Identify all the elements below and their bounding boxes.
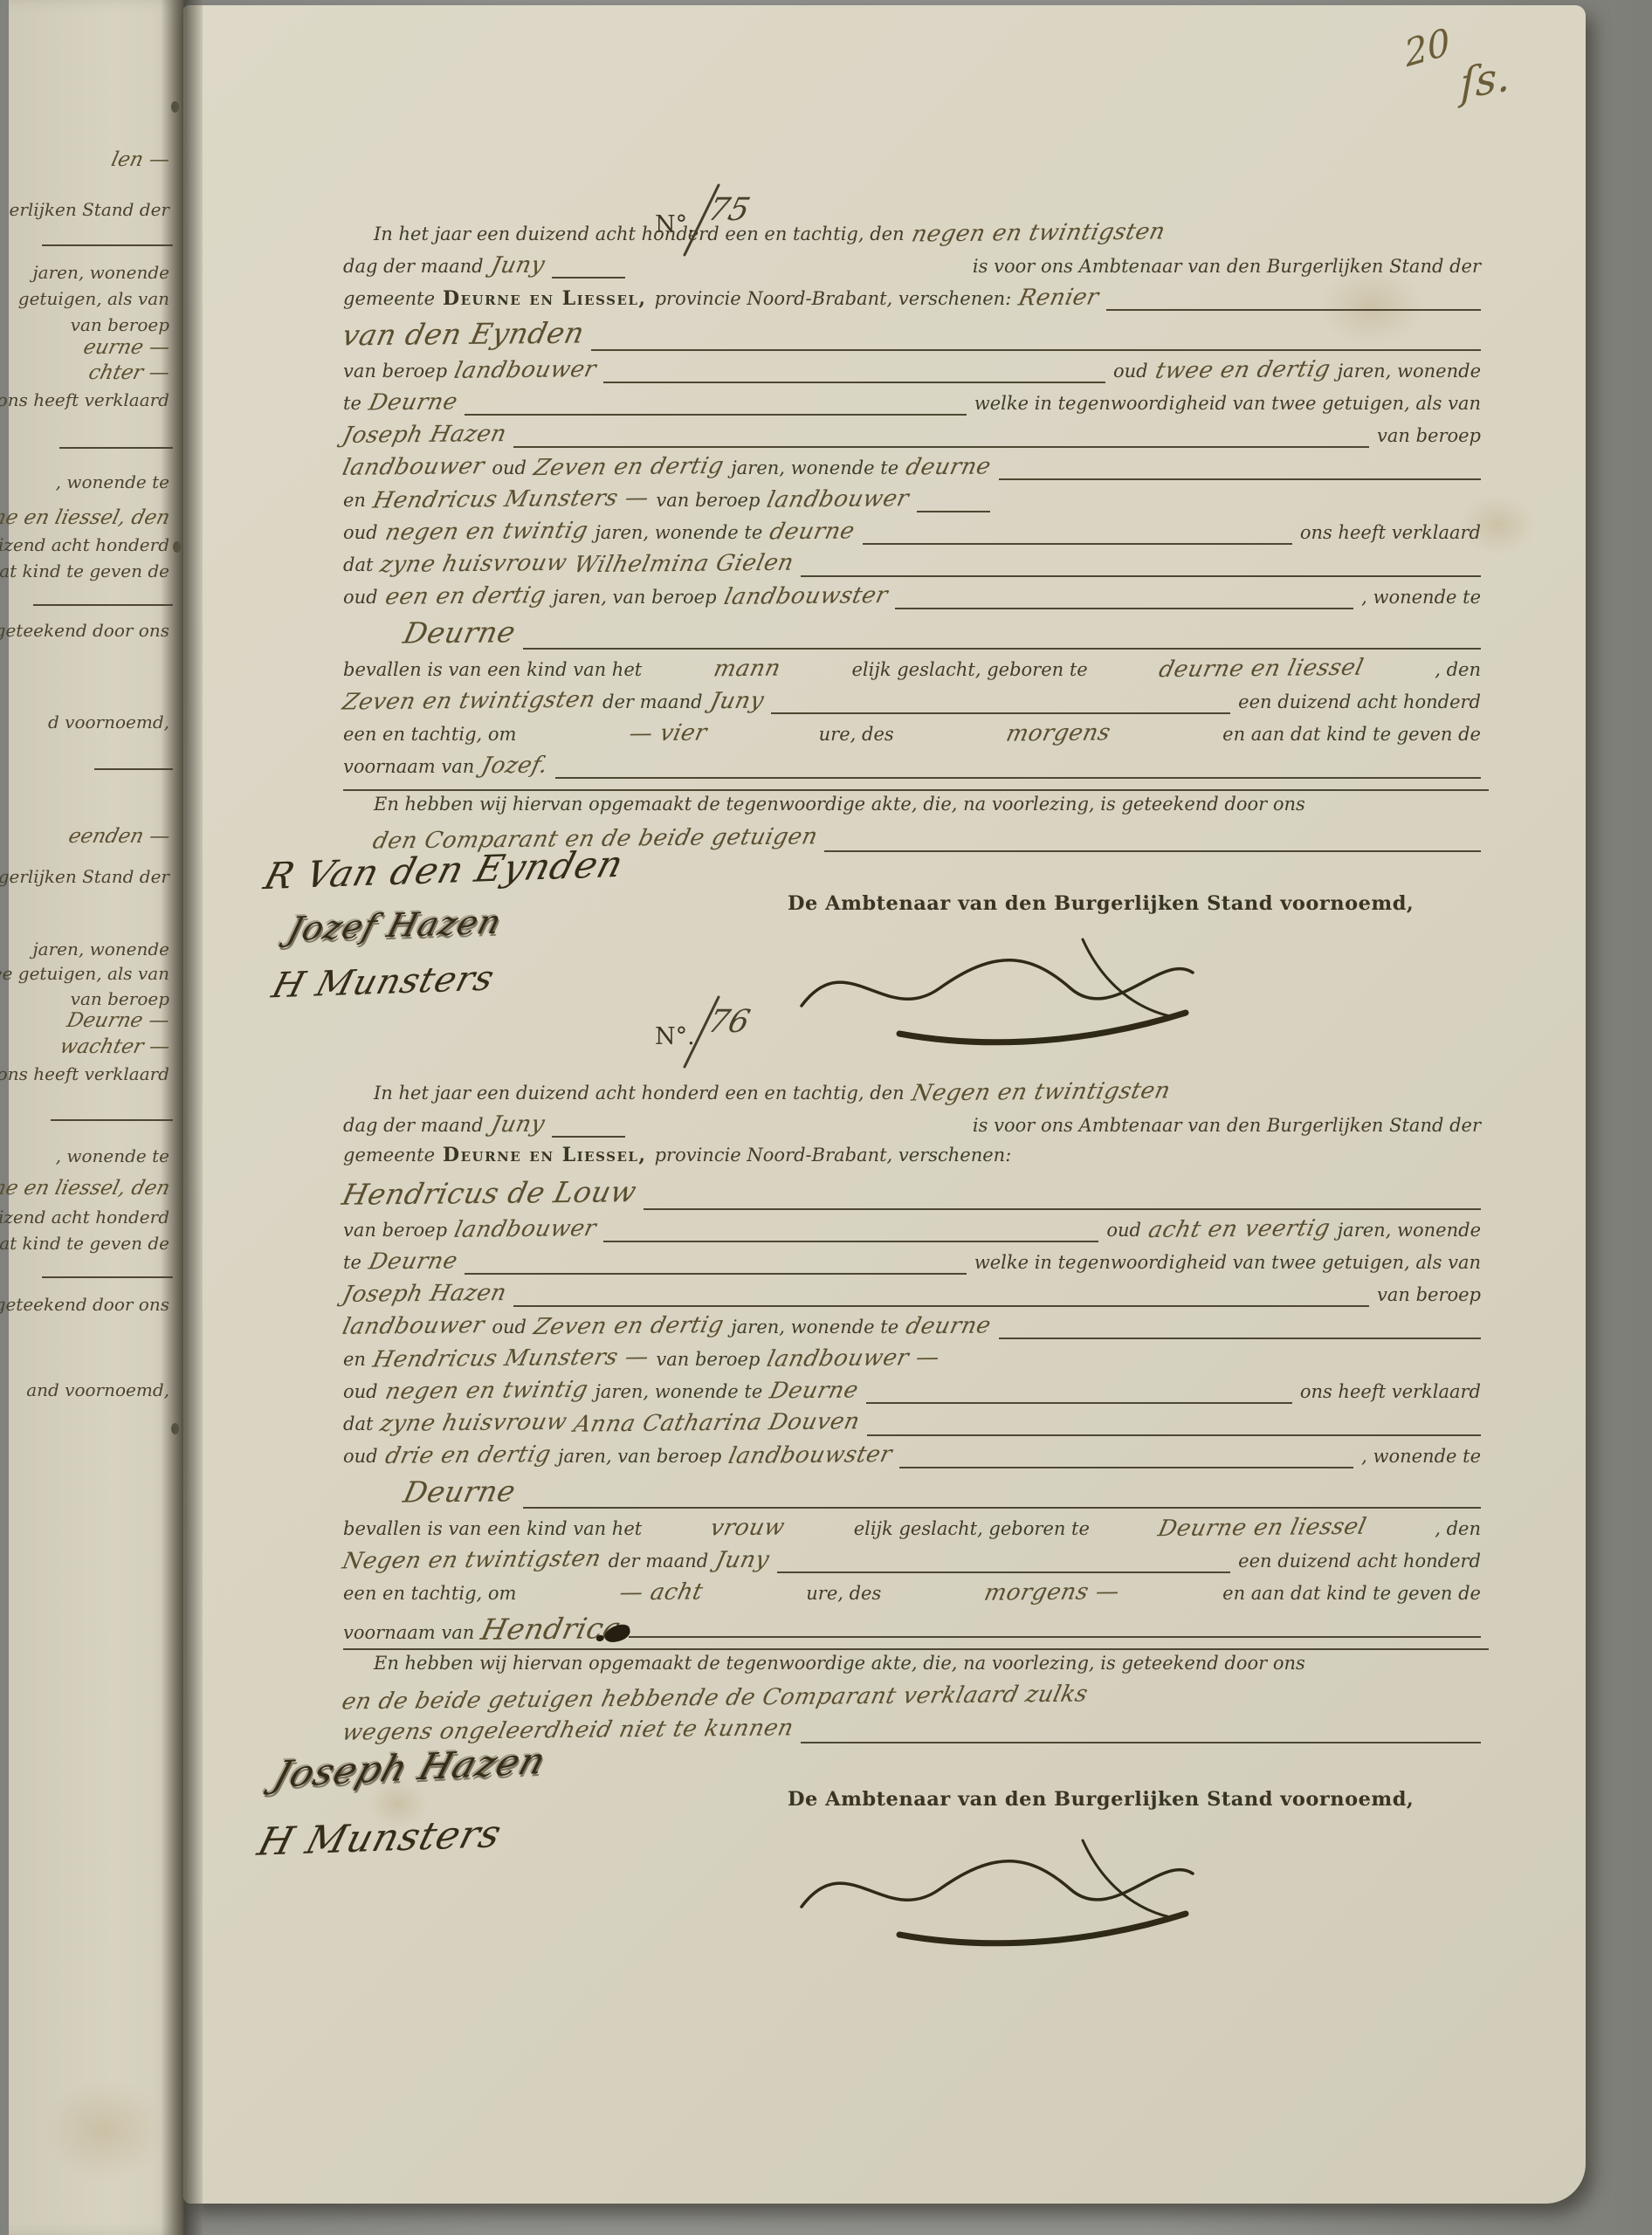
hw-witness1-residence: deurne <box>904 453 994 480</box>
printed-text: oud <box>343 587 378 608</box>
ruled-line <box>513 1283 1369 1307</box>
printed-text: provincie Noord-Brabant, verschenen: <box>655 288 1012 309</box>
hw-declarant-first: Renier <box>1016 285 1102 312</box>
act-line: van beroep landbouwer oud twee en dertig… <box>343 357 1489 389</box>
left-fragment: uizend acht honderd <box>0 534 169 555</box>
printed-text: jaren, van beroep <box>553 587 716 608</box>
act-number-value: 75 <box>705 192 754 228</box>
act-line: landbouwer oud Zeven en dertig jaren, wo… <box>343 454 1489 486</box>
act-line: oud drie en dertig jaren, van beroep lan… <box>343 1442 1489 1475</box>
left-rule <box>59 447 173 449</box>
hw-month: Juny <box>488 252 547 279</box>
act-76-number: N°.76 <box>655 1016 749 1052</box>
act-line: oud een en dertig jaren, van beroep land… <box>343 583 1489 615</box>
printed-text: , den <box>1435 1518 1481 1539</box>
printed-text: oud <box>1106 1220 1141 1241</box>
hw-closing: wegens ongeleerdheid niet te kunnen <box>340 1715 796 1745</box>
printed-closing: En hebben wij hiervan opgemaakt de tegen… <box>374 1653 1305 1674</box>
printed-text: dag der maand <box>343 1115 484 1136</box>
left-fragment: and voornoemd, <box>26 1379 169 1400</box>
act-line: Zeven en twintigsten der maand Juny een … <box>343 688 1489 720</box>
act-line: In het jaar een duizend acht honderd een… <box>343 1079 1489 1111</box>
act-line: oud negen en twintig jaren, wonende te d… <box>343 519 1489 551</box>
left-fragment: ons heeft verklaard <box>0 389 169 410</box>
witness-signature: H Munsters <box>253 1812 507 1865</box>
printed-text: en aan dat kind te geven de <box>1222 724 1481 745</box>
ruled-line <box>555 754 1481 779</box>
hw-profession: landbouwer <box>452 1215 599 1243</box>
left-fragment: jaren, wonende <box>32 939 169 959</box>
ruled-line <box>866 1379 1292 1404</box>
act-line: bevallen is van een kind van het vrouw e… <box>343 1515 1489 1547</box>
printed-text: dat <box>343 1413 373 1434</box>
ruled-line <box>523 1484 1481 1509</box>
folio-number: 20 <box>1402 20 1453 76</box>
witness-signature: Jozef Hazen <box>284 903 506 948</box>
hw-witness2: Hendricus Munsters — <box>370 1344 651 1372</box>
ruled-line <box>771 690 1230 714</box>
left-fragment: twee getuigen, als van <box>0 963 169 984</box>
folio-paraph: ſs. <box>1460 52 1510 110</box>
act-line: van den Eynden <box>343 317 1489 357</box>
hw-child-gender: vrouw <box>708 1515 788 1542</box>
left-fragment: eenden — <box>65 825 172 848</box>
left-fragment: wachter — <box>58 1035 172 1058</box>
printed-text: van beroep <box>656 490 760 511</box>
printed-text: een en tachtig, om <box>343 1583 516 1604</box>
act-75-number: N°.75 <box>655 204 749 240</box>
hw-mother-age: drie en dertig <box>382 1441 553 1469</box>
printed-text: oud <box>343 1381 378 1402</box>
previous-page-edge: len — erlijken Stand der jaren, wonende … <box>9 0 183 2235</box>
printed-text: der maand <box>609 1551 709 1571</box>
hw-birth-place: deurne en liessel <box>1156 655 1366 683</box>
page-fold <box>161 0 203 2235</box>
printed-text: ure, des <box>819 724 894 745</box>
act-line: een en tachtig, om — acht ure, des morge… <box>343 1579 1489 1612</box>
printed-text: en aan dat kind te geven de <box>1222 1583 1481 1604</box>
printed-text: jaren, wonende te <box>595 522 762 543</box>
ruled-line <box>824 828 1481 852</box>
printed-text: bevallen is van een kind van het <box>343 1518 642 1539</box>
printed-text: , wonende te <box>1361 1446 1481 1467</box>
ruled-line <box>644 1186 1481 1210</box>
act-number-value: 76 <box>705 1004 754 1040</box>
left-fragment: is geteekend door ons <box>0 620 169 641</box>
left-rule <box>51 1119 173 1121</box>
ruled-line <box>629 1613 1481 1638</box>
printed-text: In het jaar een duizend acht honderd een… <box>374 223 905 244</box>
act-line: Joseph Hazen van beroep <box>343 422 1489 454</box>
hw-profession: landbouwer <box>452 356 599 384</box>
hw-witness1-residence: deurne <box>904 1312 994 1339</box>
left-fragment: g, is geteekend door ons <box>0 1294 169 1315</box>
ruled-line <box>895 585 1353 609</box>
printed-text: oud <box>343 1446 378 1467</box>
hw-witness2-residence: Deurne <box>767 1377 861 1404</box>
left-fragment: van beroep <box>71 314 169 335</box>
act-line: Hendricus de Louw <box>343 1176 1489 1216</box>
left-fragment: ons heeft verklaard <box>0 1063 169 1084</box>
left-rule <box>33 604 173 606</box>
printed-closing: En hebben wij hiervan opgemaakt de tegen… <box>374 794 1305 815</box>
hw-declarant-name: van den Eynden <box>339 316 588 353</box>
act-line: dat zyne huisvrouw Wilhelmina Gielen <box>343 551 1489 583</box>
left-rule <box>42 1276 173 1278</box>
hw-witness2-residence: deurne <box>767 518 857 545</box>
printed-text: van beroep <box>343 1220 447 1241</box>
witness-signature: R Van den Eynden <box>259 842 629 897</box>
printed-text: een duizend acht honderd <box>1238 1551 1481 1571</box>
hw-witness1-age: Zeven en dertig <box>531 1312 726 1340</box>
ruled-line <box>999 456 1482 480</box>
left-fragment: van beroep <box>71 988 169 1009</box>
hw-age: acht en veertig <box>1146 1215 1332 1243</box>
hw-birth-month: Juny <box>707 688 766 715</box>
hw-birth-hour: — acht <box>617 1579 706 1606</box>
printed-text: en <box>343 490 366 511</box>
hw-mother-profession: landbouwster <box>726 1441 895 1469</box>
printed-text: welke in tegenwoordigheid van twee getui… <box>974 393 1481 414</box>
printed-text: oud <box>492 457 527 478</box>
act-75: In het jaar een duizend acht honderd een… <box>343 220 1489 858</box>
left-fragment: rne en liessel, den <box>0 506 172 529</box>
act-line: en Hendricus Munsters — van beroep landb… <box>343 1345 1489 1378</box>
left-fragment: erlijken Stand der <box>10 199 170 220</box>
act-line: en de beide getuigen hebbende de Compara… <box>343 1685 1489 1717</box>
hw-birth-day: Negen en twintigsten <box>340 1545 603 1574</box>
printed-text: jaren, wonende <box>1338 361 1481 382</box>
paper-stain <box>44 2078 166 2183</box>
binding-hole <box>171 1423 179 1434</box>
ruled-line <box>863 520 1292 545</box>
separator-rule <box>343 1648 1489 1650</box>
printed-text: jaren, wonende te <box>731 457 898 478</box>
hw-mother-age: een en dertig <box>382 582 548 610</box>
act-line: gemeente Deurne en Liessel, provincie No… <box>343 285 1489 317</box>
printed-text: voornaam van <box>343 1622 474 1643</box>
printed-text: gemeente <box>343 1145 435 1166</box>
printed-text: elijk geslacht, geboren te <box>851 659 1087 680</box>
hw-witness2-age: negen en twintig <box>382 1377 590 1405</box>
ruled-line <box>591 327 1481 351</box>
left-fragment: duizend acht honderd <box>0 1207 169 1228</box>
hw-mother-name: Wilhelmina Gielen <box>572 550 796 579</box>
left-fragment: getuigen, als van <box>18 288 169 309</box>
ruled-line <box>465 391 966 416</box>
hw-witness1: Joseph Hazen <box>340 1280 509 1308</box>
printed-text: ons heeft verklaard <box>1300 522 1481 543</box>
printed-text: voornaam van <box>343 756 474 777</box>
scanned-birth-register: len — erlijken Stand der jaren, wonende … <box>0 0 1652 2235</box>
hw-witness1-profession: landbouwer <box>341 453 487 481</box>
act-line: In het jaar een duizend acht honderd een… <box>343 220 1489 252</box>
printed-text: elijk geslacht, geboren te <box>854 1518 1090 1539</box>
ruled-dash <box>917 488 990 512</box>
printed-text: is voor ons Ambtenaar van den Burgerlijk… <box>973 256 1481 277</box>
printed-text: van beroep <box>1377 1284 1481 1305</box>
act-line: Joseph Hazen van beroep <box>343 1281 1489 1313</box>
ruled-line <box>899 1444 1353 1468</box>
printed-text: jaren, van beroep <box>558 1446 721 1467</box>
hw-birth-day: Zeven en twintigsten <box>340 686 597 715</box>
left-rule <box>42 244 173 246</box>
ruled-line <box>867 1412 1481 1436</box>
hw-child-name: Jozef. <box>479 753 551 780</box>
hw-witness1: Joseph Hazen <box>340 421 509 449</box>
printed-text: een en tachtig, om <box>343 724 516 745</box>
ruled-line <box>999 1315 1482 1339</box>
registrar-title: De Ambtenaar van den Burgerlijken Stand … <box>788 1788 1414 1811</box>
left-fragment: jaren, wonende <box>32 262 169 283</box>
left-fragment: Burgerlijken Stand der <box>0 866 169 887</box>
printed-text: bevallen is van een kind van het <box>343 659 642 680</box>
hw-mother-name: Anna Catharina Douven <box>571 1408 862 1437</box>
ruled-line <box>777 1549 1230 1573</box>
act-line: Deurne <box>343 615 1489 656</box>
printed-text: oud <box>492 1317 527 1338</box>
municipality-name: Deurne en Liessel, <box>443 287 647 310</box>
ruled-line <box>1106 286 1481 311</box>
act-line: landbouwer oud Zeven en dertig jaren, wo… <box>343 1313 1489 1345</box>
printed-text: , den <box>1435 659 1481 680</box>
hw-wife-intro: zyne huisvrouw <box>378 1409 570 1437</box>
hw-witness2: Hendricus Munsters — <box>370 485 651 513</box>
hw-birth-month: Juny <box>713 1547 772 1574</box>
printed-text: jaren, wonende <box>1338 1220 1481 1241</box>
printed-text: welke in tegenwoordigheid van twee getui… <box>974 1252 1481 1273</box>
hw-month: Juny <box>488 1111 547 1138</box>
printed-text: , wonende te <box>1361 587 1481 608</box>
printed-text: van beroep <box>656 1349 760 1370</box>
hw-birth-daypart: morgens <box>1003 719 1112 746</box>
act-line: gemeente Deurne en Liessel, provincie No… <box>343 1144 1489 1176</box>
registrar-title: De Ambtenaar van den Burgerlijken Stand … <box>788 892 1414 915</box>
hw-residence: Deurne <box>366 389 459 416</box>
printed-text: van beroep <box>343 361 447 382</box>
left-fragment: d voornoemd, <box>48 712 169 732</box>
binding-hole <box>173 541 181 553</box>
separator-rule <box>343 789 1489 791</box>
left-fragment: at kind te geven de <box>0 560 169 581</box>
municipality-name: Deurne en Liessel, <box>443 1144 647 1166</box>
ruled-line <box>801 553 1481 577</box>
printed-text: is voor ons Ambtenaar van den Burgerlijk… <box>973 1115 1481 1136</box>
act-line: van beroep landbouwer oud acht en veerti… <box>343 1216 1489 1248</box>
printed-text: te <box>343 393 361 414</box>
printed-text: dat <box>343 554 373 575</box>
ruled-line <box>801 1719 1481 1743</box>
act-line: Deurne <box>343 1475 1489 1515</box>
hw-mother-residence: Deurne <box>401 615 520 650</box>
hw-day: Negen en twintigsten <box>909 1077 1173 1106</box>
hw-birth-place: Deurne en liessel <box>1155 1514 1368 1542</box>
hw-child-name: Hendrica <box>478 1611 625 1647</box>
act-line: En hebben wij hiervan opgemaakt de tegen… <box>343 794 1489 826</box>
hw-closing: en de beide getuigen hebbende de Compara… <box>340 1681 1091 1716</box>
hw-birth-daypart: morgens — <box>981 1578 1122 1606</box>
left-fragment: Deurne — <box>65 1009 172 1032</box>
hw-birth-hour: — vier <box>626 720 709 747</box>
ruled-line <box>523 625 1481 650</box>
printed-text: dag der maand <box>343 256 484 277</box>
hw-declarant-name: Hendricus de Louw <box>339 1174 639 1212</box>
hw-day: negen en twintigsten <box>909 218 1167 247</box>
no-label: N°. <box>655 1023 695 1050</box>
ruled-line <box>513 423 1369 448</box>
printed-text: gemeente <box>343 288 435 309</box>
hw-mother-residence: Deurne <box>401 1474 520 1509</box>
act-line: dag der maand Juny is voor ons Ambtenaar… <box>343 1111 1489 1144</box>
left-fragment: eurne — <box>81 336 172 359</box>
printed-text: jaren, wonende te <box>595 1381 762 1402</box>
left-fragment: chter — <box>86 361 172 384</box>
act-line: Negen en twintigsten der maand Juny een … <box>343 1547 1489 1579</box>
hw-witness2-profession: landbouwer <box>765 485 912 513</box>
left-fragment: , wonende te <box>56 471 169 492</box>
printed-text: jaren, wonende te <box>731 1317 898 1338</box>
act-line: te Deurne welke in tegenwoordigheid van … <box>343 389 1489 422</box>
printed-text: provincie Noord-Brabant, verschenen: <box>655 1145 1012 1166</box>
printed-text: ons heeft verklaard <box>1300 1381 1481 1402</box>
hw-witness1-profession: landbouwer <box>341 1312 487 1340</box>
act-line: bevallen is van een kind van het mann el… <box>343 656 1489 688</box>
act-line: een en tachtig, om — vier ure, des morge… <box>343 720 1489 753</box>
printed-text: een duizend acht honderd <box>1238 691 1481 712</box>
left-fragment: ne en liessel, den <box>0 1177 172 1200</box>
hw-child-gender: mann <box>711 656 782 683</box>
printed-text: In het jaar een duizend acht honderd een… <box>374 1083 905 1104</box>
ruled-line <box>603 359 1105 383</box>
act-line: voornaam van Hendrica <box>343 1612 1489 1644</box>
hw-wife-intro: zyne huisvrouw <box>378 550 570 578</box>
ruled-line <box>465 1250 966 1275</box>
printed-text: te <box>343 1252 361 1273</box>
act-line: te Deurne welke in tegenwoordigheid van … <box>343 1248 1489 1281</box>
left-fragment: dat kind te geven de <box>0 1233 169 1254</box>
ruled-dash <box>552 1113 625 1138</box>
act-line: dag der maand Juny is voor ons Ambtenaar… <box>343 252 1489 285</box>
act-line: En hebben wij hiervan opgemaakt de tegen… <box>343 1653 1489 1685</box>
witness-signature: H Munsters <box>268 959 499 1007</box>
printed-text: van beroep <box>1377 425 1481 446</box>
hw-witness1-age: Zeven en dertig <box>531 453 726 481</box>
printed-text: oud <box>1113 361 1148 382</box>
ruled-line <box>603 1218 1098 1242</box>
left-fragment: , wonende te <box>56 1145 169 1166</box>
birth-register-page: 20 ſs. N°.75 In het jaar een duizend ach… <box>183 5 1586 2204</box>
printed-text: ure, des <box>806 1583 881 1604</box>
hw-mother-profession: landbouwster <box>721 582 890 610</box>
binding-hole <box>171 101 179 113</box>
hw-witness2-age: negen en twintig <box>382 518 590 546</box>
printed-text: en <box>343 1349 366 1370</box>
no-label: N°. <box>655 211 695 238</box>
act-line: voornaam van Jozef. <box>343 753 1489 785</box>
hw-residence: Deurne <box>366 1248 459 1275</box>
ruled-dash <box>552 254 625 279</box>
printed-text: oud <box>343 522 378 543</box>
act-line: dat zyne huisvrouw Anna Catharina Douven <box>343 1410 1489 1442</box>
official-signature <box>795 922 1214 1056</box>
official-signature <box>795 1823 1214 1957</box>
act-line: oud negen en twintig jaren, wonende te D… <box>343 1378 1489 1410</box>
hw-witness2-profession: landbouwer — <box>765 1344 943 1372</box>
hw-age: twee en dertig <box>1153 356 1332 384</box>
act-76: In het jaar een duizend acht honderd een… <box>343 1079 1489 1750</box>
printed-text: der maand <box>602 691 703 712</box>
witness-signature: Joseph Hazen <box>269 1739 552 1796</box>
act-line: en Hendricus Munsters — van beroep landb… <box>343 486 1489 519</box>
